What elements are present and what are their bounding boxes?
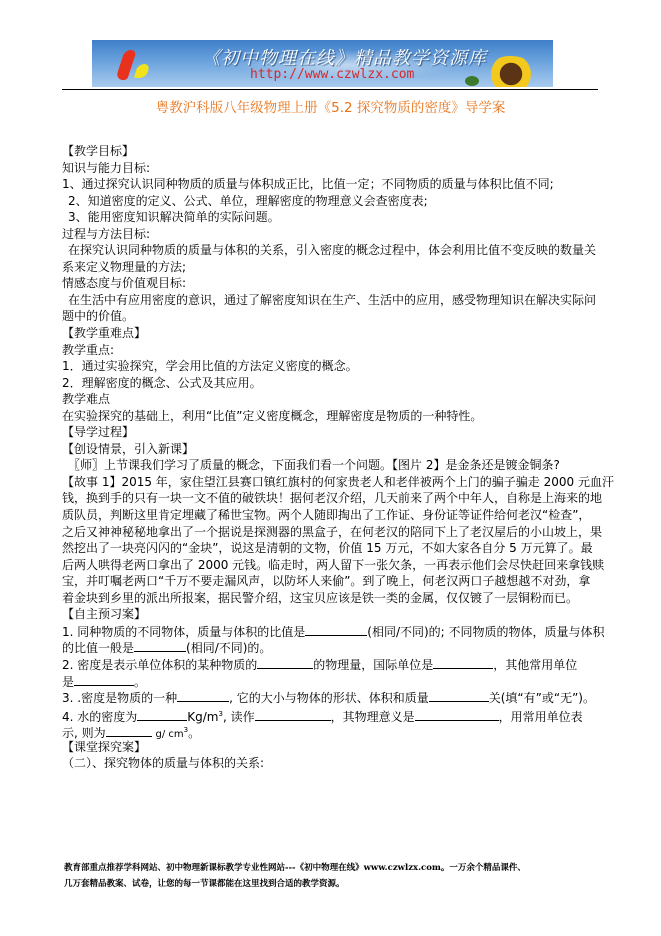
knowledge-item-3: 3、能用密度知识解决简单的实际问题。 (62, 209, 602, 226)
knowledge-item-2: 2、知道密度的定义、公式、单位，理解密度的物理意义会查密度表; (62, 193, 602, 210)
q4-blank-3[interactable] (415, 708, 499, 721)
q4-text-c: , 读作 (223, 710, 255, 724)
q1-text-d: (相同/不同)的。 (186, 641, 271, 655)
subheading-key-points: 教学重点: (62, 342, 602, 359)
subheading-knowledge: 知识与能力目标: (62, 160, 602, 177)
q2-text-c: ，其他常用单位 (493, 658, 577, 672)
q3-text-a: 3. .密度是物质的一种 (62, 691, 177, 705)
process-text-line-1: 在探究认识同种物质的质量与体积的关系，引入密度的概念过程中，体会利用比值不变反映… (62, 242, 602, 259)
q3-blank-1[interactable] (177, 689, 229, 702)
q2-text-b: 的物理量，国际单位是 (313, 658, 433, 672)
q4-text-h: 。 (188, 726, 200, 740)
question-2-line-1: 2. 密度是表示单位体积的某种物质的的物理量，国际单位是，其他常用单位 (62, 656, 602, 673)
section-heading-scenario: 【创设情景，引入新课】 (62, 441, 602, 458)
teacher-line: 〖师〗上节课我们学习了质量的概念，下面我们看一个问题。【图片 2】是金条还是镀金… (62, 457, 602, 474)
banner-url: http://www.czwlzx.com (250, 67, 414, 82)
q4-blank-2[interactable] (255, 708, 331, 721)
section-heading-class-inquiry: 【课堂探究案】 (62, 739, 602, 756)
footer-line-1: 教育部重点推荐学科网站、初中物理新课标教学专业性网站---《初中物理在线》www… (64, 860, 604, 876)
key-point-1: 1．通过实验探究，学会用比值的方法定义密度的概念。 (62, 358, 602, 375)
q1-blank-1[interactable] (305, 623, 367, 636)
subheading-emotion: 情感态度与价值观目标: (62, 275, 602, 292)
q3-text-c: 关(填“有”或“无”)。 (489, 691, 595, 705)
sunflower-icon (485, 56, 537, 86)
process-text-line-2: 系来定义物理量的方法; (62, 259, 602, 276)
q4-unit-gcm3: g/ cm (155, 729, 183, 740)
document-body: 【教学目标】 知识与能力目标: 1、通过探究认识同种物质的质量与体积成正比，比值… (62, 143, 602, 772)
q2-blank-3[interactable] (74, 673, 134, 686)
class-inquiry-item: （二）、探究物体的质量与体积的关系: (62, 755, 602, 772)
emotion-text-line-2: 题中的价值。 (62, 308, 602, 325)
site-banner: 《初中物理在线》精品教学资源库 http://www.czwlzx.com (92, 40, 553, 87)
question-4-line-2: 示, 则为 g/ cm3。 (62, 722, 602, 739)
section-heading-objectives: 【教学目标】 (62, 143, 602, 160)
q4-text-e: ，用常用单位表 (499, 710, 583, 724)
q2-text-a: 2. 密度是表示单位体积的某种物质的 (62, 658, 257, 672)
question-1-line-1: 1. 同种物质的不同物体，质量与体积的比值是(相同/不同)的; 不同物质的物体，… (62, 623, 602, 640)
q2-blank-1[interactable] (257, 656, 313, 669)
story-line-3: 质队员，判断这里肯定埋藏了稀世宝物。两个人随即掏出了工作证、身份证等证件给何老汉… (62, 507, 602, 524)
key-point-2: 2．理解密度的概念、公式及其应用。 (62, 375, 602, 392)
q1-text-c: 的比值一般是 (62, 641, 134, 655)
story-line-2: 钱，换到手的只有一块一文不值的破铁块！据何老汉介绍，几天前来了两个中年人，自称是… (62, 490, 602, 507)
q2-text-e: 。 (134, 675, 146, 689)
section-heading-preview: 【自主预习案】 (62, 606, 602, 623)
subheading-process: 过程与方法目标: (62, 226, 602, 243)
q1-text-a: 1. 同种物质的不同物体，质量与体积的比值是 (62, 625, 305, 639)
q4-blank-1[interactable] (137, 708, 187, 721)
q1-blank-2[interactable] (134, 639, 186, 652)
story-line-5: 然挖出了一块亮闪闪的“金块”，说这是清朝的文物，价值 15 万元，不如大家各自分… (62, 540, 602, 557)
q3-text-b: , 它的大小与物体的形状、体积和质量 (229, 691, 429, 705)
question-2-line-2: 是。 (62, 673, 602, 690)
footer-line-2: 几万套精品教案、试卷，让您的每一节课都能在这里找到合适的教学资源。 (64, 876, 604, 892)
knowledge-item-1: 1、通过探究认识同种物质的质量与体积成正比，比值一定；不同物质的质量与体积比值不… (62, 176, 602, 193)
story-line-1: 【故事 1】2015 年，家住望江县赛口镇红旗村的何家贵老人和老伴被两个上门的骗… (62, 474, 602, 491)
emotion-text-line-1: 在生活中有应用密度的意识，通过了解密度知识在生产、生活中的应用，感受物理知识在解… (62, 292, 602, 309)
question-1-line-2: 的比值一般是(相同/不同)的。 (62, 639, 602, 656)
subheading-difficulty: 教学难点 (62, 391, 602, 408)
story-line-6: 后两人哄得老两口拿出了 2000 元钱。临走时，两人留下一张欠条，一再表示他们会… (62, 557, 602, 574)
q3-blank-2[interactable] (429, 689, 489, 702)
q2-text-d: 是 (62, 675, 74, 689)
q2-blank-2[interactable] (433, 656, 493, 669)
story-line-4: 之后又神神秘秘地拿出了一个据说是探测器的黑盒子，在何老汉的陪同下上了老汉屋后的小… (62, 524, 602, 541)
question-4-line-1: 4. 水的密度为Kg/m3, 读作，其物理意义是，用常用单位表 (62, 706, 602, 723)
section-heading-key-difficult: 【教学重难点】 (62, 325, 602, 342)
document-title: 粤教沪科版八年级物理上册《5.2 探究物质的密度》导学案 (0, 96, 661, 116)
q4-blank-4[interactable] (106, 724, 152, 737)
q4-text-d: ，其物理意义是 (331, 710, 415, 724)
question-3: 3. .密度是物质的一种, 它的大小与物体的形状、体积和质量关(填“有”或“无”… (62, 689, 602, 706)
logo-yellow-mark-icon (134, 64, 151, 78)
leaf-icon (465, 76, 479, 86)
header-divider (62, 89, 598, 90)
story-line-7: 宝，并叮嘱老两口“千万不要走漏风声，以防坏人来偷”。到了晚上，何老汉两口子越想越… (62, 573, 602, 590)
q1-text-b: (相同/不同)的; 不同物质的物体，质量与体积 (367, 625, 604, 639)
page-footer: 教育部重点推荐学科网站、初中物理新课标教学专业性网站---《初中物理在线》www… (64, 860, 604, 892)
difficulty-text: 在实验探究的基础上，利用“比值”定义密度概念，理解密度是物质的一种特性。 (62, 408, 602, 425)
section-heading-guide-process: 【导学过程】 (62, 424, 602, 441)
story-line-8: 着金块到乡里的派出所报案，据民警介绍，这宝贝应该是铁一类的金属，仅仅镀了一层铜粉… (62, 590, 602, 607)
